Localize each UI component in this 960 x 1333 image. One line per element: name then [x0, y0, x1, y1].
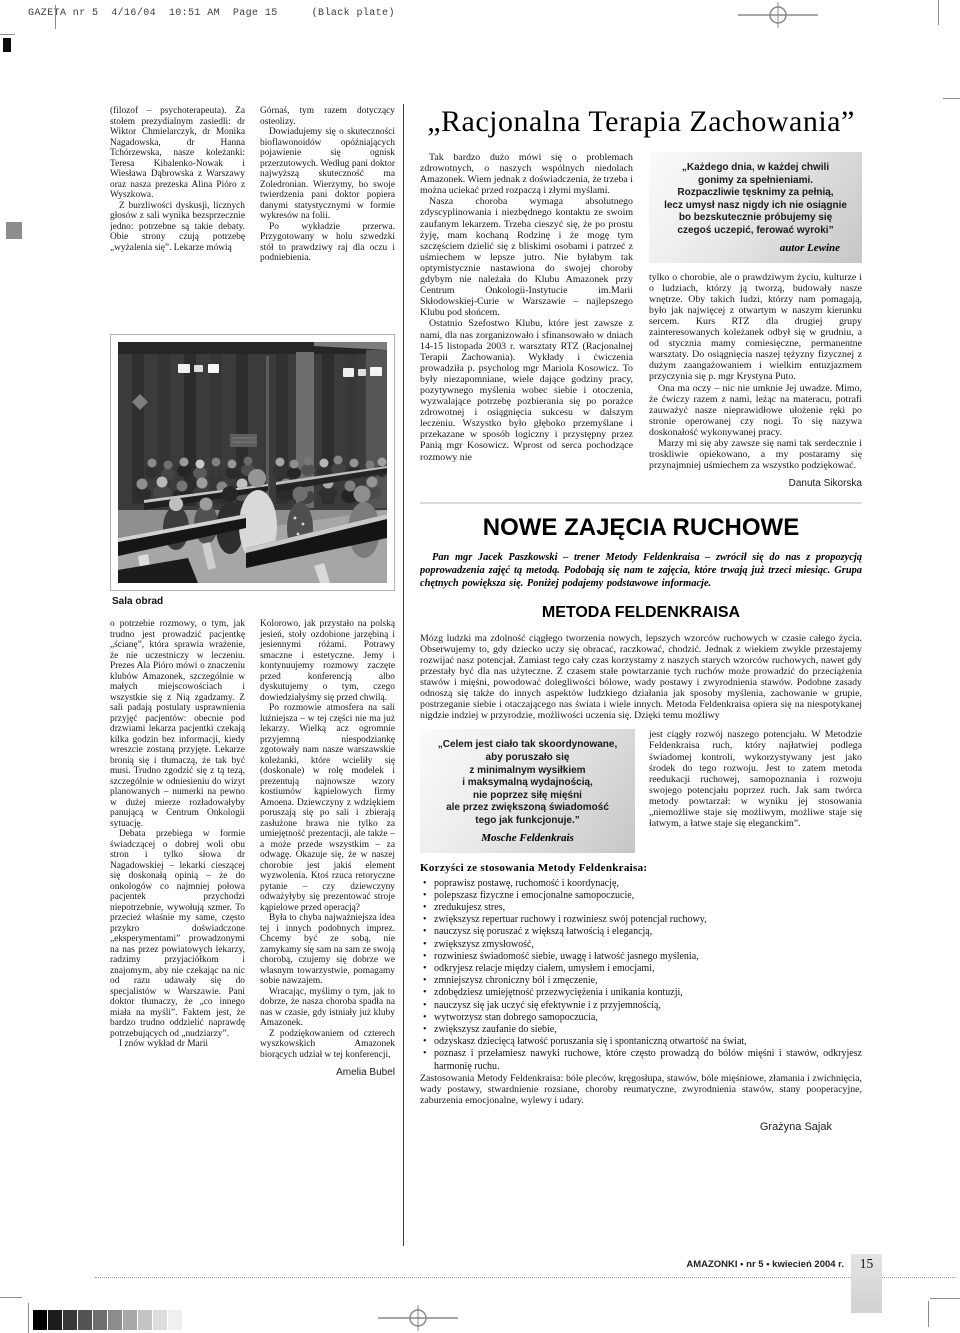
quote-line: bo bezskutecznie próbujemy się — [657, 212, 854, 225]
article1-left-column: Tak bardzo dużo mówi się o problemach zd… — [420, 152, 633, 490]
article1-columns: Tak bardzo dużo mówi się o problemach zd… — [420, 152, 862, 490]
article2-closing: Zastosowania Metody Feldenkraisa: bóle p… — [420, 1073, 862, 1106]
paragraph: Ostatnio Szefostwo Klubu, które jest zaw… — [420, 318, 633, 462]
gray-step — [108, 1310, 122, 1330]
crop-mark-top-left-v — [55, 5, 56, 29]
footer-dotted-rule — [95, 1277, 955, 1278]
paragraph: Wracając, myślimy o tym, jak to dobrze, … — [260, 987, 395, 1029]
quote-box-feldenkrais: „Celem jest ciało tak skoordynowane,aby … — [420, 729, 635, 852]
benefit-item: poprawisz postawę, ruchomość i koordynac… — [434, 878, 862, 890]
gray-step — [153, 1310, 167, 1330]
paragraph: Nasza choroba wymaga absolutnego zdyscyp… — [420, 196, 633, 318]
benefit-item: odzyskasz dziecięcą łatwość poruszania s… — [434, 1036, 862, 1048]
left-col1-top: (filozof – psychoterapeuta). Za stołem p… — [110, 106, 245, 326]
slug-plate: (Black plate) — [312, 8, 395, 19]
grayscale-calibration-bar — [33, 1310, 183, 1330]
quote-line: aby poruszało się — [428, 752, 627, 765]
gray-step — [63, 1310, 77, 1330]
benefit-item: odkryjesz relacje między ciałem, umysłem… — [434, 963, 862, 975]
quote-line: nie poprzez siłę mięśni — [428, 790, 627, 803]
crop-mark-top-left-h — [0, 34, 15, 35]
paragraph: (filozof – psychoterapeuta). Za stołem p… — [110, 106, 245, 201]
gray-step — [168, 1310, 182, 1330]
column-divider — [403, 104, 404, 1246]
conference-photo-frame — [110, 334, 395, 591]
article2-subtitle: METODA FELDENKRAISA — [420, 603, 862, 623]
left-bottom-columns: o potrzebie rozmowy, o tym, jak trudno j… — [110, 619, 395, 1079]
quote-line: lecz umysł nasz nigdy ich nie osiągnie — [657, 200, 854, 213]
quote-lines: „Każdego dnia, w każdej chwiligonimy za … — [657, 162, 854, 238]
benefit-item: zwiększysz repertuar ruchowy i rozwinies… — [434, 914, 862, 926]
paragraph: Z burzliwości dyskusji, licznych głosów … — [110, 201, 245, 254]
crop-mark-bottom-right-v — [928, 1301, 929, 1327]
benefit-item: zmniejszysz chroniczny ból i zmęczenie, — [434, 975, 862, 987]
print-slug: GAZETA nr 5 4/16/04 10:51 AM Page 15(Bla… — [28, 7, 395, 20]
left-col2-bottom: Kolorowo, jak przystało na polską jesień… — [260, 619, 395, 1079]
journal-footer: AMAZONKI • nr 5 • kwiecień 2004 r. — [420, 1259, 844, 1271]
color-bar-black-chip — [3, 38, 11, 52]
article2-title: NOWE ZAJĘCIA RUCHOWE — [420, 514, 862, 542]
crop-mark-top-right-v — [938, 0, 939, 25]
byline-danuta-sikorska: Danuta Sikorska — [649, 477, 862, 490]
crop-mark-right-h — [943, 98, 960, 99]
registration-mark-bottom-icon — [378, 1305, 458, 1331]
paragraph: jest ciągły rozwój naszego potencjału. W… — [649, 729, 862, 829]
crop-mark-bottom-right-h — [930, 1298, 960, 1299]
paragraph: Po wykładzie przerwa. Przygotowany w hol… — [260, 222, 395, 264]
magazine-page: GAZETA nr 5 4/16/04 10:51 AM Page 15(Bla… — [0, 0, 960, 1333]
quote-line: z minimalnym wysiłkiem — [428, 765, 627, 778]
crop-mark-bottom-left-h — [0, 1297, 22, 1298]
left-col1-bottom: o potrzebie rozmowy, o tym, jak trudno j… — [110, 619, 245, 1079]
benefit-item: nauczysz się jak uczyć się efektywnie i … — [434, 1000, 862, 1012]
paragraph: Marzy mi się aby zawsze się nami tak ser… — [649, 438, 862, 471]
quote-lines: „Celem jest ciało tak skoordynowane,aby … — [428, 739, 627, 827]
benefit-item: polepszasz fizyczne i emocjonalne samopo… — [434, 890, 862, 902]
quote-line: czegoś uczepić, ferować wyroki” — [657, 225, 854, 238]
byline-grazyna-sajak: Grażyna Sajak — [420, 1120, 862, 1134]
quote-line: tego jak funkcjonuje.” — [428, 815, 627, 828]
paragraph: o potrzebie rozmowy, o tym, jak trudno j… — [110, 619, 245, 829]
quote-line: Rozpaczliwie tęsknimy za pełnią, — [657, 187, 854, 200]
quote-line: i maksymalną wydajnością, — [428, 777, 627, 790]
paragraph: Tak bardzo dużo mówi się o problemach zd… — [420, 152, 633, 196]
photo-caption: Sala obrad — [112, 595, 395, 609]
gray-step — [48, 1310, 62, 1330]
byline-amelia-bubel: Amelia Bubel — [260, 1066, 395, 1079]
benefits-heading: Korzyści ze stosowania Metody Feldenkrai… — [420, 861, 862, 875]
gray-step — [138, 1310, 152, 1330]
article1-title: „Racjonalna Terapia Zachowania” — [420, 104, 862, 140]
benefit-item: zredukujesz stres, — [434, 902, 862, 914]
paragraph: Kolorowo, jak przystało na polską jesień… — [260, 619, 395, 703]
crop-mark-bottom-left-v — [28, 1303, 29, 1333]
quote-line: „Każdego dnia, w każdej chwili — [657, 162, 854, 175]
gray-step — [123, 1310, 137, 1330]
paragraph: Górnaś, tym razem dotyczący osteolizy. — [260, 106, 395, 127]
paragraph: Była to chyba najważniejsza idea tej i i… — [260, 913, 395, 987]
paragraph: Ona ma oczy – nic nie umknie Jej uwadze.… — [649, 383, 862, 438]
feldenkrais-quote-row: „Celem jest ciało tak skoordynowane,aby … — [420, 729, 862, 852]
article2-intro: Pan mgr Jacek Paszkowski – trener Metody… — [420, 552, 862, 590]
quote-author: autor Lewine — [657, 241, 854, 255]
conference-photo — [118, 342, 387, 583]
paragraph: tylko o chorobie, ale o prawdziwym życiu… — [649, 272, 862, 383]
benefit-item: zwiększysz zaufanie do siebie, — [434, 1024, 862, 1036]
benefit-item: wytworzysz stan dobrego samopoczucia, — [434, 1012, 862, 1024]
benefit-item: rozwiniesz świadomość siebie, uwagę i ła… — [434, 951, 862, 963]
gray-step — [33, 1310, 47, 1330]
paragraph: Z podziękowaniem od czterech wyszkowskic… — [260, 1029, 395, 1061]
article1-right-column: „Każdego dnia, w każdej chwiligonimy za … — [649, 152, 862, 490]
section-divider — [420, 502, 862, 504]
benefit-item: poznasz i przełamiesz nawyki ruchowe, kt… — [434, 1048, 862, 1072]
paragraph: Debata przebiega w formie świadczącej o … — [110, 829, 245, 1039]
registration-mark-icon — [738, 2, 818, 28]
quote-author: Mosche Feldenkrais — [428, 831, 627, 845]
right-section: „Racjonalna Terapia Zachowania” Tak bard… — [420, 104, 862, 1134]
paragraph: Po rozmowie atmosfera na sali luźniejsza… — [260, 703, 395, 913]
gray-step — [93, 1310, 107, 1330]
benefits-list: poprawisz postawę, ruchomość i koordynac… — [420, 878, 862, 1073]
quote-line: gonimy za spełnieniami. — [657, 175, 854, 188]
quote-box-lewine: „Każdego dnia, w każdej chwiligonimy za … — [649, 152, 862, 263]
page-number: 15 — [860, 1256, 874, 1271]
article2-lead: Mózg ludzki ma zdolność ciągłego tworzen… — [420, 633, 862, 722]
conference-report-article: (filozof – psychoterapeuta). Za stołem p… — [110, 106, 395, 1079]
paragraph: Zastosowania Metody Feldenkraisa: bóle p… — [420, 1073, 862, 1106]
quote-line: ale przez zwiększoną świadomość — [428, 802, 627, 815]
color-bar-gray-chip — [6, 222, 22, 239]
quote-line: „Celem jest ciało tak skoordynowane, — [428, 739, 627, 752]
paragraph: Dowiadujemy się o skuteczności bioflawon… — [260, 127, 395, 222]
left-col2-bottom-text: Kolorowo, jak przystało na polską jesień… — [260, 619, 395, 1060]
page-number-box: 15 — [851, 1254, 882, 1313]
benefit-item: zwiększysz zmysłowość, — [434, 939, 862, 951]
left-col2-top: Górnaś, tym razem dotyczący osteolizy.Do… — [260, 106, 395, 326]
benefit-item: zdobędziesz umiejętność przezwyciężenia … — [434, 987, 862, 999]
paragraph: Mózg ludzki ma zdolność ciągłego tworzen… — [420, 633, 862, 722]
left-top-columns: (filozof – psychoterapeuta). Za stołem p… — [110, 106, 395, 326]
article2-beside-quote: jest ciągły rozwój naszego potencjału. W… — [649, 729, 862, 829]
gray-step — [78, 1310, 92, 1330]
article1-right-text: tylko o chorobie, ale o prawdziwym życiu… — [649, 272, 862, 472]
slug-file: GAZETA nr 5 4/16/04 10:51 AM Page 15 — [28, 8, 278, 19]
paragraph: I znów wykład dr Marii — [110, 1039, 245, 1050]
benefit-item: nauczysz się poruszać z większą łatwości… — [434, 926, 862, 938]
